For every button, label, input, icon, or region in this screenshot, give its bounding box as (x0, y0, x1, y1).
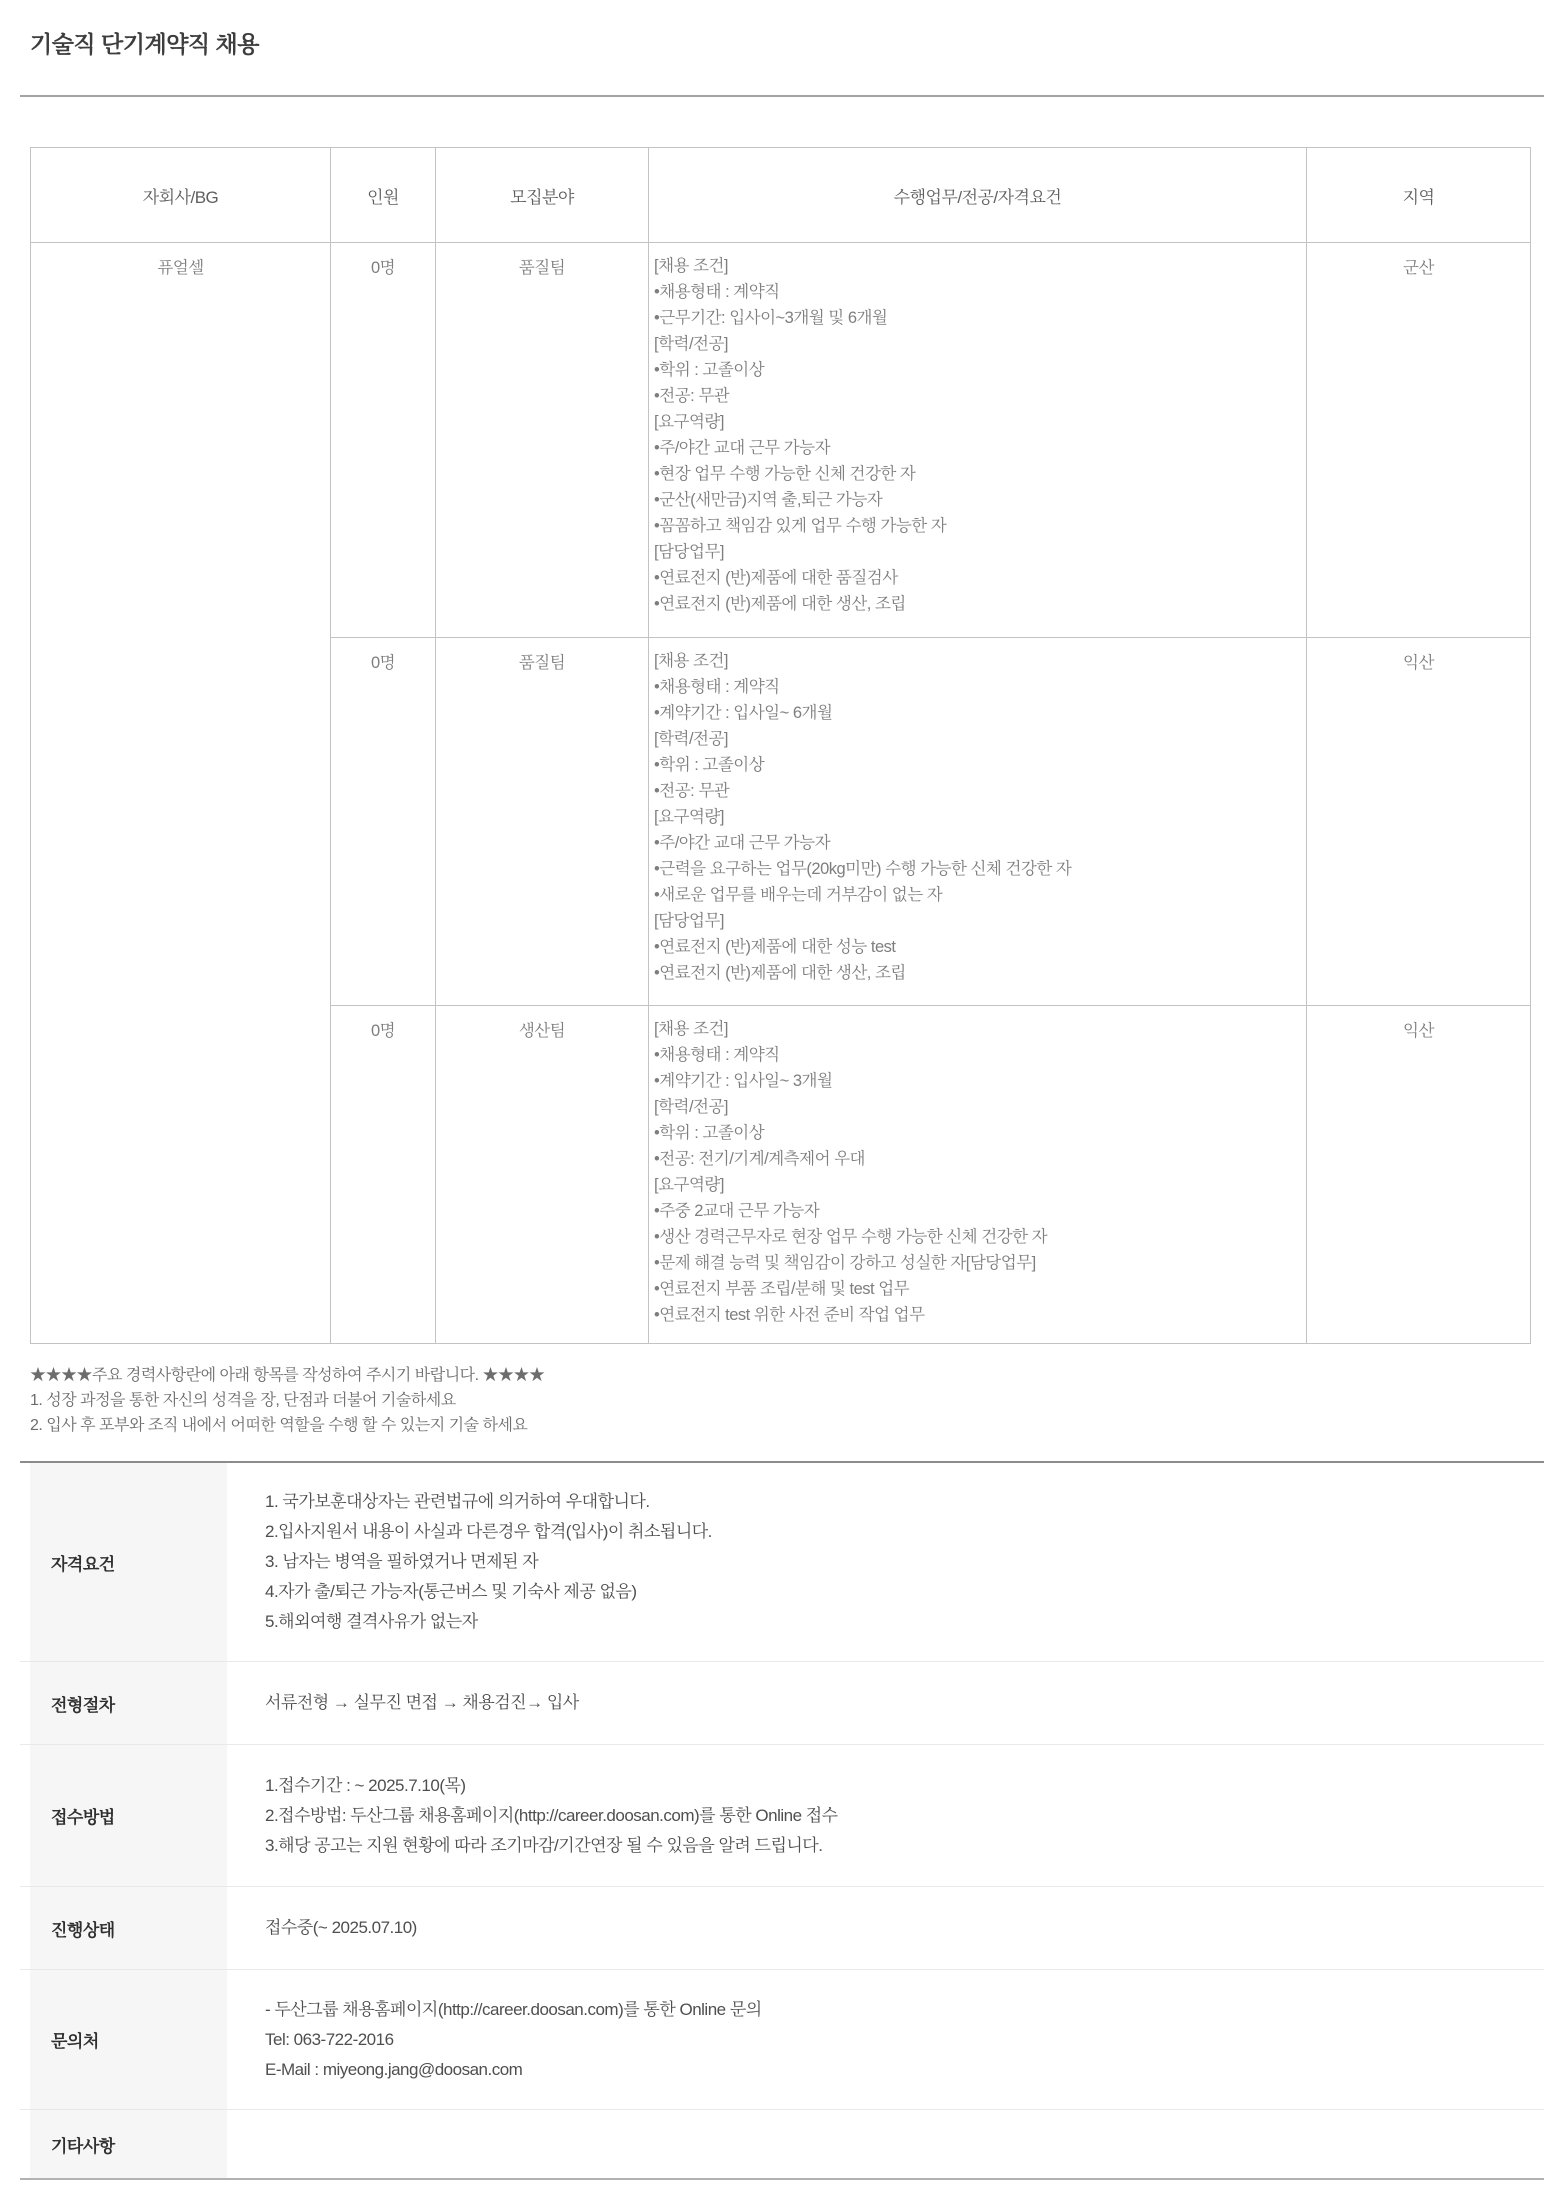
info-label: 기타사항 (30, 2110, 227, 2178)
page-title: 기술직 단기계약직 채용 (30, 26, 259, 59)
info-label: 자격요건 (30, 1463, 227, 1661)
info-label: 전형절차 (30, 1662, 227, 1744)
col-header-field: 모집분야 (436, 148, 649, 243)
job-table-header-row: 자회사/BG 인원 모집분야 수행업무/전공/자격요건 지역 (31, 148, 1531, 243)
job-details: [채용 조건]•채용형태 : 계약직•계약기간 : 입사일~ 3개월[학력/전공… (654, 1016, 1296, 1328)
info-row-status: 진행상태 접수중(~ 2025.07.10) (20, 1887, 1544, 1970)
col-header-company: 자회사/BG (31, 148, 331, 243)
info-label: 접수방법 (30, 1745, 227, 1886)
info-content: 1. 국가보훈대상자는 관련법규에 의거하여 우대합니다.2.입사지원서 내용이… (227, 1463, 1544, 1661)
col-header-details: 수행업무/전공/자격요건 (649, 148, 1307, 243)
team-cell: 품질팀 (436, 243, 649, 638)
info-content: - 두산그룹 채용홈페이지(http://career.doosan.com)를… (227, 1970, 1544, 2109)
team-cell: 생산팀 (436, 1006, 649, 1344)
career-notes: ★★★★주요 경력사항란에 아래 항목를 작성하여 주시기 바랍니다. ★★★★… (30, 1363, 545, 1438)
info-label: 진행상태 (30, 1887, 227, 1969)
region-cell: 군산 (1307, 243, 1531, 638)
info-content: 접수중(~ 2025.07.10) (227, 1887, 1544, 1969)
team-cell: 품질팀 (436, 638, 649, 1006)
job-posting-page: { "page": { "title": "기술직 단기계약직 채용" }, "… (0, 0, 1564, 2195)
headcount-cell: 0명 (331, 243, 436, 638)
info-row-apply-method: 접수방법 1.접수기간 : ~ 2025.7.10(목)2.접수방법: 두산그룹… (20, 1745, 1544, 1887)
info-row-process: 전형절차 서류전형 → 실무진 면접 → 채용검진→ 입사 (20, 1662, 1544, 1745)
info-row-contact: 문의처 - 두산그룹 채용홈페이지(http://career.doosan.c… (20, 1970, 1544, 2110)
company-cell: 퓨얼셀 (31, 243, 331, 1344)
info-content (227, 2110, 1544, 2178)
region-cell: 익산 (1307, 638, 1531, 1006)
info-row-etc: 기타사항 (20, 2110, 1544, 2178)
job-details: [채용 조건]•채용형태 : 계약직•근무기간: 입사이~3개월 및 6개월[학… (654, 253, 1296, 617)
region-cell: 익산 (1307, 1006, 1531, 1344)
headcount-cell: 0명 (331, 1006, 436, 1344)
title-divider (20, 95, 1544, 97)
info-row-qualification: 자격요건 1. 국가보훈대상자는 관련법규에 의거하여 우대합니다.2.입사지원… (20, 1463, 1544, 1662)
info-label: 문의처 (30, 1970, 227, 2109)
job-table-wrap: 자회사/BG 인원 모집분야 수행업무/전공/자격요건 지역 퓨얼셀 0명 품질… (30, 147, 1531, 1344)
info-content: 서류전형 → 실무진 면접 → 채용검진→ 입사 (227, 1662, 1544, 1744)
info-table: 자격요건 1. 국가보훈대상자는 관련법규에 의거하여 우대합니다.2.입사지원… (20, 1461, 1544, 2180)
headcount-cell: 0명 (331, 638, 436, 1006)
info-content: 1.접수기간 : ~ 2025.7.10(목)2.접수방법: 두산그룹 채용홈페… (227, 1745, 1544, 1886)
job-table: 자회사/BG 인원 모집분야 수행업무/전공/자격요건 지역 퓨얼셀 0명 품질… (30, 147, 1531, 1344)
job-row-1: 퓨얼셀 0명 품질팀 [채용 조건]•채용형태 : 계약직•근무기간: 입사이~… (31, 243, 1531, 638)
job-details: [채용 조건]•채용형태 : 계약직•계약기간 : 입사일~ 6개월[학력/전공… (654, 648, 1296, 986)
col-header-region: 지역 (1307, 148, 1531, 243)
col-header-headcount: 인원 (331, 148, 436, 243)
